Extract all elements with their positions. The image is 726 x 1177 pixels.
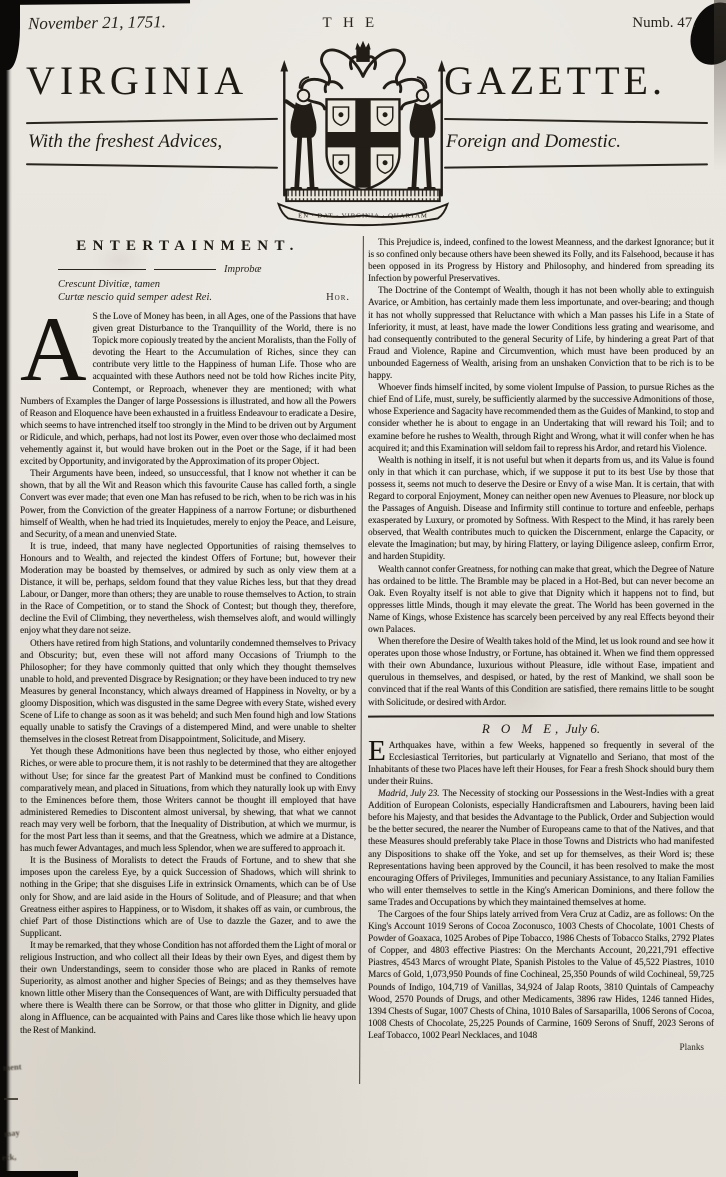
essay-paragraph: This Prejudice is, indeed, confined to t…	[368, 236, 714, 284]
issue-date: November 21, 1751.	[28, 10, 331, 34]
essay-paragraph: Yet though these Admonitions have been t…	[20, 745, 356, 854]
crest-helm	[356, 49, 369, 61]
essay-paragraph: It may be remarked, that they whose Cond…	[20, 939, 356, 1036]
newspaper-page: ment may eck, November 21, 1751. THE Num…	[0, 0, 726, 1177]
essay-paragraph: Wealth is nothing in itself, it is not u…	[368, 454, 714, 563]
epigraph-word: Improbæ	[224, 263, 262, 276]
epigraph-rule	[154, 269, 216, 271]
essay-paragraph: Whoever finds himself incited, by some v…	[368, 381, 714, 454]
essay-paragraph: Their Arguments have been, indeed, so un…	[20, 467, 356, 540]
virginia-coat-of-arms-icon: EN · DAT · VIRGINIA · QUARTAM	[267, 34, 459, 230]
paragraph-text: Arthquakes have, within a few Weeks, hap…	[368, 740, 714, 786]
epigraph-rule	[58, 269, 146, 271]
drop-cap-letter: E	[368, 739, 389, 763]
masthead-top-row: November 21, 1751. THE Numb. 47.	[0, 0, 726, 32]
epigraph-line-2: Curtæ nescio quid semper adest Rei. Hor.	[58, 291, 356, 304]
masthead: November 21, 1751. THE Numb. 47. VIRGINI…	[0, 0, 726, 234]
issue-number: Numb. 47.	[393, 15, 696, 32]
essay-paragraph: Others have retired from high Stations, …	[20, 637, 356, 746]
crest-cross-horizontal	[327, 132, 400, 147]
essay-paragraph: When therefore the Desire of Wealth take…	[368, 635, 714, 708]
masthead-rule	[26, 163, 278, 169]
section-divider-rule	[368, 714, 714, 717]
paragraph-text: The Necessity of stocking our Possession…	[368, 788, 714, 907]
crest-crown	[355, 41, 370, 50]
masthead-right-block: GAZETTE. Foreign and Domestic.	[444, 58, 708, 167]
news-paragraph-madrid: Madrid, July 23.The Necessity of stockin…	[368, 787, 714, 908]
epigraph-line-1: Crescunt Divitiæ, tamen	[58, 278, 356, 291]
epigraph: Improbæ Crescunt Divitiæ, tamen Curtæ ne…	[58, 263, 356, 304]
news-paragraph-cargo: The Cargoes of the four Ships lately arr…	[368, 908, 714, 1041]
masthead-left-block: VIRGINIA With the freshest Advices,	[26, 58, 278, 167]
epigraph-tag-line: Improbæ	[58, 263, 356, 276]
paper-title-virginia: VIRGINIA	[26, 58, 278, 104]
essay-paragraph: The Doctrine of the Contempt of Wealth, …	[368, 284, 714, 381]
drop-cap-letter: A	[20, 310, 92, 385]
paper-title-gazette: GAZETTE.	[444, 58, 708, 104]
left-column: ENTERTAINMENT. Improbæ Crescunt Divitiæ,…	[20, 236, 356, 1177]
epigraph-line-2-text: Curtæ nescio quid semper adest Rei.	[58, 291, 212, 304]
essay-paragraph: It is the Business of Moralists to detec…	[20, 854, 356, 939]
masthead-rule	[444, 163, 708, 168]
crest-motto-text: EN · DAT · VIRGINIA · QUARTAM	[298, 212, 428, 219]
dateline-place: R O M E,	[482, 721, 562, 736]
section-heading-entertainment: ENTERTAINMENT.	[20, 238, 356, 255]
masthead-the: THE	[323, 15, 386, 32]
dateline-date: July 6.	[565, 721, 600, 736]
motto-right: Foreign and Domestic.	[444, 122, 708, 155]
motto-left: With the freshest Advices,	[26, 122, 278, 155]
essay-paragraph: It is true, indeed, that many have negle…	[20, 540, 356, 637]
epigraph-attribution: Hor.	[326, 291, 350, 304]
essay-paragraph: AS the Love of Money has been, in all Ag…	[20, 310, 356, 467]
dateline-inline: Madrid, July 23.	[378, 788, 442, 798]
news-paragraph-rome: EArthquakes have, within a few Weeks, ha…	[368, 739, 714, 787]
column-divider-rule	[359, 236, 364, 1084]
rome-dateline: R O M E, July 6.	[368, 721, 714, 737]
right-column: This Prejudice is, indeed, confined to t…	[368, 236, 714, 1177]
essay-paragraph: Wealth cannot confer Greatness, for noth…	[368, 563, 714, 636]
masthead-main: VIRGINIA With the freshest Advices,	[0, 32, 726, 234]
page-columns: ENTERTAINMENT. Improbæ Crescunt Divitiæ,…	[0, 236, 726, 1177]
crest-pedestal	[286, 190, 440, 202]
catchword: Planks	[368, 1041, 714, 1053]
